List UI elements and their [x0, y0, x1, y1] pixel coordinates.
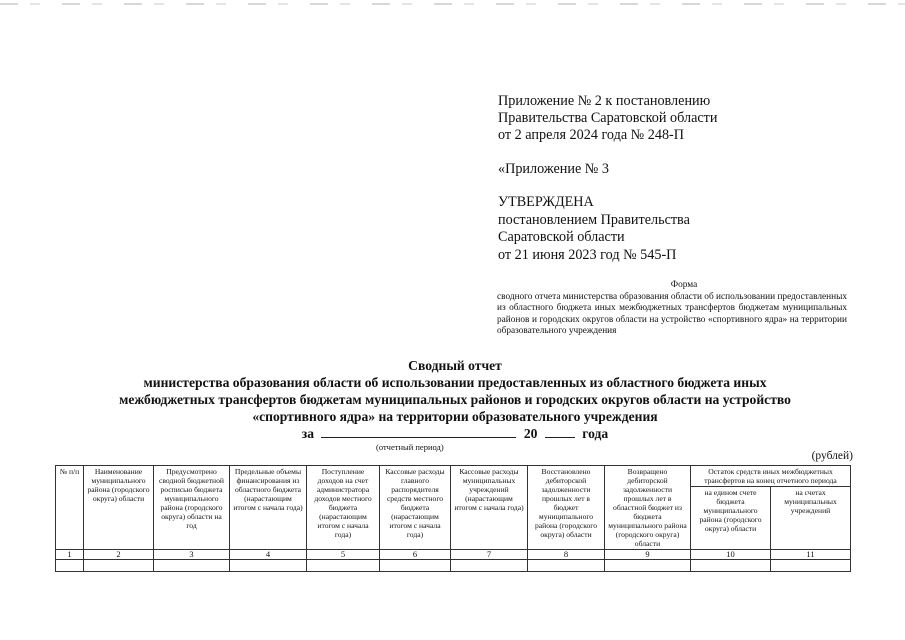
approval-line: Саратовской области	[498, 229, 690, 247]
form-note-body: сводного отчета министерства образования…	[497, 292, 847, 338]
table-cell[interactable]	[154, 560, 230, 572]
column-header: Кассовые расходы главного распорядителя …	[380, 466, 451, 550]
table-cell[interactable]	[605, 560, 691, 572]
table-cell[interactable]	[771, 560, 851, 572]
units-label: (рублей)	[812, 450, 853, 462]
period-prefix: за	[302, 426, 314, 441]
appendix-header: Приложение № 2 к постановлению Правитель…	[498, 93, 717, 178]
column-header: Возвращено дебиторской задолженности про…	[605, 466, 691, 550]
form-note: Форма сводного отчета министерства образ…	[497, 280, 847, 338]
table-cell[interactable]	[84, 560, 154, 572]
period-suffix: года	[582, 426, 608, 441]
column-header: Восстановлено дебиторской задолженности …	[528, 466, 605, 550]
report-title-line: «спортивного ядра» на территории образов…	[55, 408, 855, 425]
approval-line: от 21 июня 2023 год № 545-П	[498, 247, 690, 265]
approval-block: УТВЕРЖДЕНА постановлением Правительства …	[498, 194, 690, 264]
column-header: Наименование муниципального района (горо…	[84, 466, 154, 550]
approval-line: постановлением Правительства	[498, 212, 690, 230]
column-header: Кассовые расходы муниципальных учреждени…	[451, 466, 528, 550]
period-year: 20	[524, 426, 538, 441]
group-header: Остаток средств иных межбюджетных трансф…	[691, 466, 851, 487]
table-row	[56, 560, 851, 572]
table-cell[interactable]	[56, 560, 84, 572]
table-cell[interactable]	[691, 560, 771, 572]
table-cell[interactable]	[380, 560, 451, 572]
report-title-line: Сводный отчет	[55, 357, 855, 374]
report-title-line: министерства образования области об испо…	[55, 374, 855, 391]
reporting-period: за 20 года	[55, 425, 855, 442]
column-header: № п/п	[56, 466, 84, 550]
column-header: Предусмотрено сводной бюджетной росписью…	[154, 466, 230, 550]
approval-line: УТВЕРЖДЕНА	[498, 194, 690, 212]
form-note-title: Форма	[497, 280, 847, 292]
column-number: 8	[528, 550, 605, 560]
scan-artifact-line	[0, 3, 905, 5]
appendix-sub: «Приложение № 3	[498, 161, 717, 178]
report-title: Сводный отчет министерства образования о…	[55, 357, 855, 425]
column-number: 3	[154, 550, 230, 560]
column-number: 9	[605, 550, 691, 560]
table-cell[interactable]	[230, 560, 307, 572]
column-header: на счетах муниципальных учреждений	[771, 487, 851, 550]
column-number: 10	[691, 550, 771, 560]
column-number: 4	[230, 550, 307, 560]
appendix-line: от 2 апреля 2024 года № 248-П	[498, 127, 717, 144]
appendix-line: Приложение № 2 к постановлению	[498, 93, 717, 110]
column-number: 5	[307, 550, 380, 560]
column-header: на едином счете бюджета муниципального р…	[691, 487, 771, 550]
report-title-line: межбюджетных трансфертов бюджетам муници…	[55, 391, 855, 408]
table-cell[interactable]	[528, 560, 605, 572]
report-table: № п/п Наименование муниципального района…	[55, 465, 851, 572]
period-blank-field[interactable]	[321, 425, 516, 438]
column-header: Предельные объемы финансирования из обла…	[230, 466, 307, 550]
column-header: Поступление доходов на счет администрато…	[307, 466, 380, 550]
table-cell[interactable]	[307, 560, 380, 572]
column-number: 7	[451, 550, 528, 560]
period-hint: (отчетный период)	[376, 442, 444, 452]
appendix-line: Правительства Саратовской области	[498, 110, 717, 127]
year-blank-field[interactable]	[545, 425, 575, 438]
column-number: 11	[771, 550, 851, 560]
column-number: 1	[56, 550, 84, 560]
column-number: 2	[84, 550, 154, 560]
table-cell[interactable]	[451, 560, 528, 572]
column-number-row: 1 2 3 4 5 6 7 8 9 10 11	[56, 550, 851, 560]
column-number: 6	[380, 550, 451, 560]
